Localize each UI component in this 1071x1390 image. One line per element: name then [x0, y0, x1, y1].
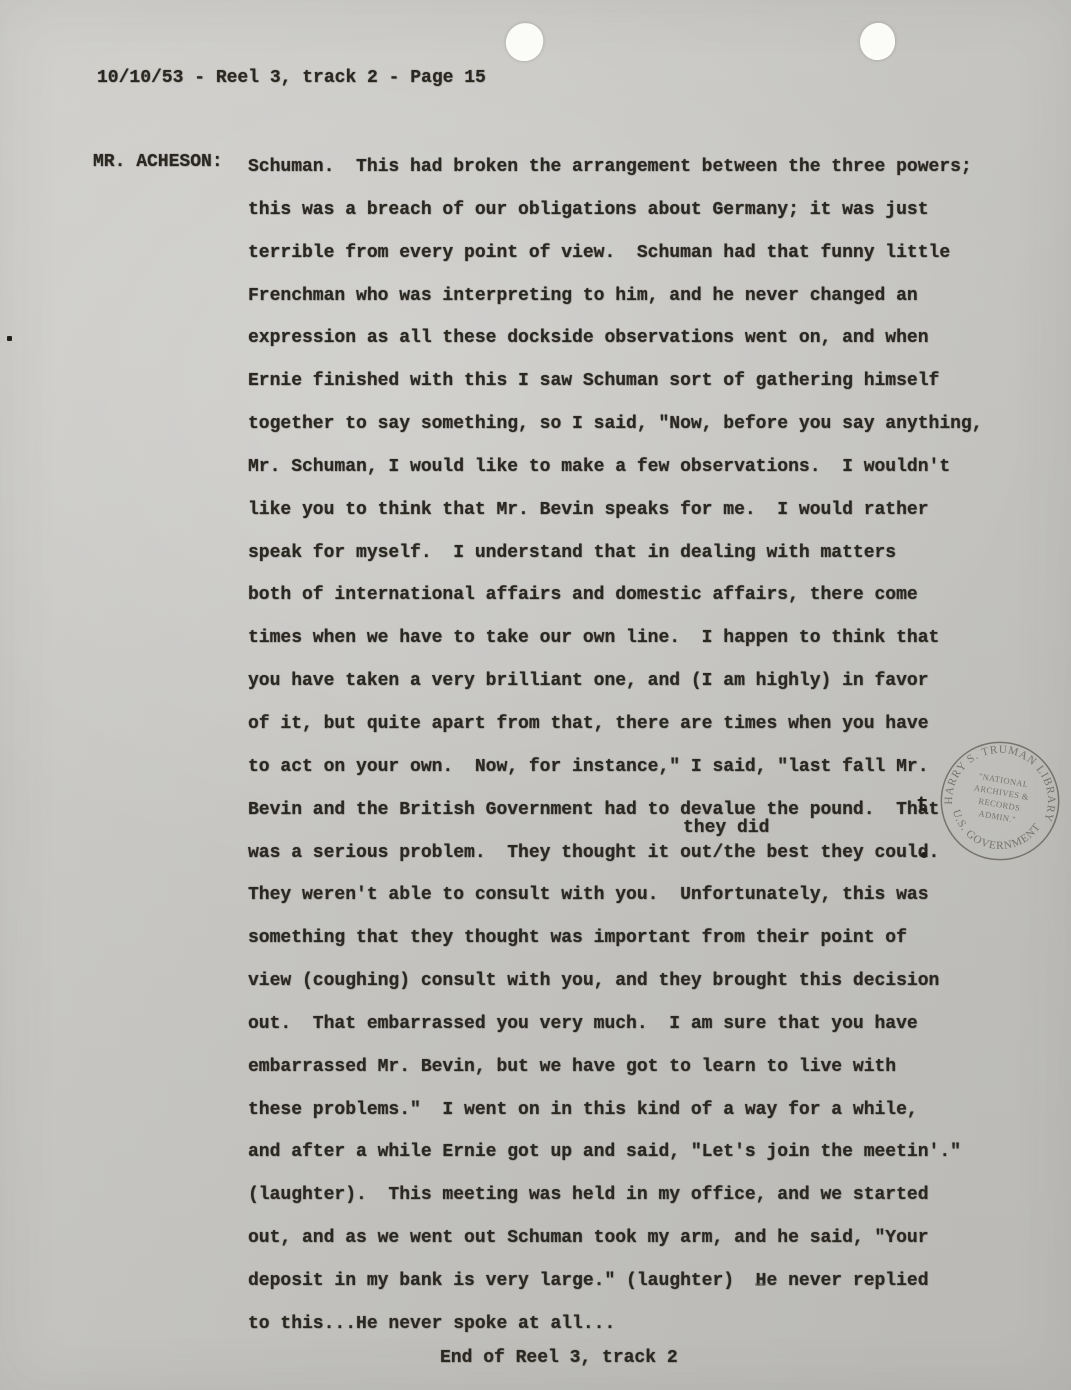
typed-insertion: they did [683, 818, 769, 838]
typed-line: like you to think that Mr. Bevin speaks … [248, 489, 988, 532]
typed-line: embarrassed Mr. Bevin, but we have got t… [248, 1046, 988, 1089]
stray-t-mark: t [916, 793, 929, 818]
typed-line: Schuman. This had broken the arrangement… [248, 146, 988, 189]
punch-hole-left [504, 21, 546, 64]
punch-hole-right [858, 21, 897, 61]
typed-line: expression as all these dockside observa… [248, 317, 988, 360]
transcript-body: Schuman. This had broken the arrangement… [248, 146, 988, 1346]
archives-stamp-icon: HARRY S. TRUMAN LIBRARY U.S. GOVERNMENT … [936, 737, 1064, 865]
typed-line: Mr. Schuman, I would like to make a few … [248, 446, 988, 489]
typed-line: times when we have to take our own line.… [248, 617, 988, 660]
typed-line: to act on your own. Now, for instance," … [248, 746, 988, 789]
typed-line: both of international affairs and domest… [248, 574, 988, 617]
typed-line: out, and as we went out Schuman took my … [248, 1217, 988, 1260]
typed-line: was a serious problem. They thought it o… [248, 832, 988, 875]
typed-line: to this...He never spoke at all... [248, 1303, 988, 1346]
speaker-label: MR. ACHESON: [93, 152, 223, 172]
typed-line: out. That embarrassed you very much. I a… [248, 1003, 988, 1046]
typed-line: (laughter). This meeting was held in my … [248, 1174, 988, 1217]
typed-line: you have taken a very brilliant one, and… [248, 660, 988, 703]
ink-speck [7, 336, 12, 341]
typed-line: of it, but quite apart from that, there … [248, 703, 988, 746]
document-page: 10/10/53 - Reel 3, track 2 - Page 15 MR.… [0, 0, 1071, 1390]
typed-line: speak for myself. I understand that in d… [248, 532, 988, 575]
typed-line: They weren't able to consult with you. U… [248, 874, 988, 917]
typed-line: something that they thought was importan… [248, 917, 988, 960]
typed-line: Bevin and the British Government had to … [248, 789, 988, 832]
stray-dash-mark [755, 1283, 765, 1286]
typed-line: these problems." I went on in this kind … [248, 1089, 988, 1132]
typed-line: and after a while Ernie got up and said,… [248, 1131, 988, 1174]
typed-line: terrible from every point of view. Schum… [248, 232, 988, 275]
typed-line: this was a breach of our obligations abo… [248, 189, 988, 232]
typed-line: Frenchman who was interpreting to him, a… [248, 275, 988, 318]
typed-line: view (coughing) consult with you, and th… [248, 960, 988, 1003]
typed-line: together to say something, so I said, "N… [248, 403, 988, 446]
page-header: 10/10/53 - Reel 3, track 2 - Page 15 [97, 68, 486, 88]
typed-line: Ernie finished with this I saw Schuman s… [248, 360, 988, 403]
ink-speck [921, 852, 927, 858]
typed-line: deposit in my bank is very large." (laug… [248, 1260, 988, 1303]
page-footer: End of Reel 3, track 2 [440, 1348, 678, 1368]
